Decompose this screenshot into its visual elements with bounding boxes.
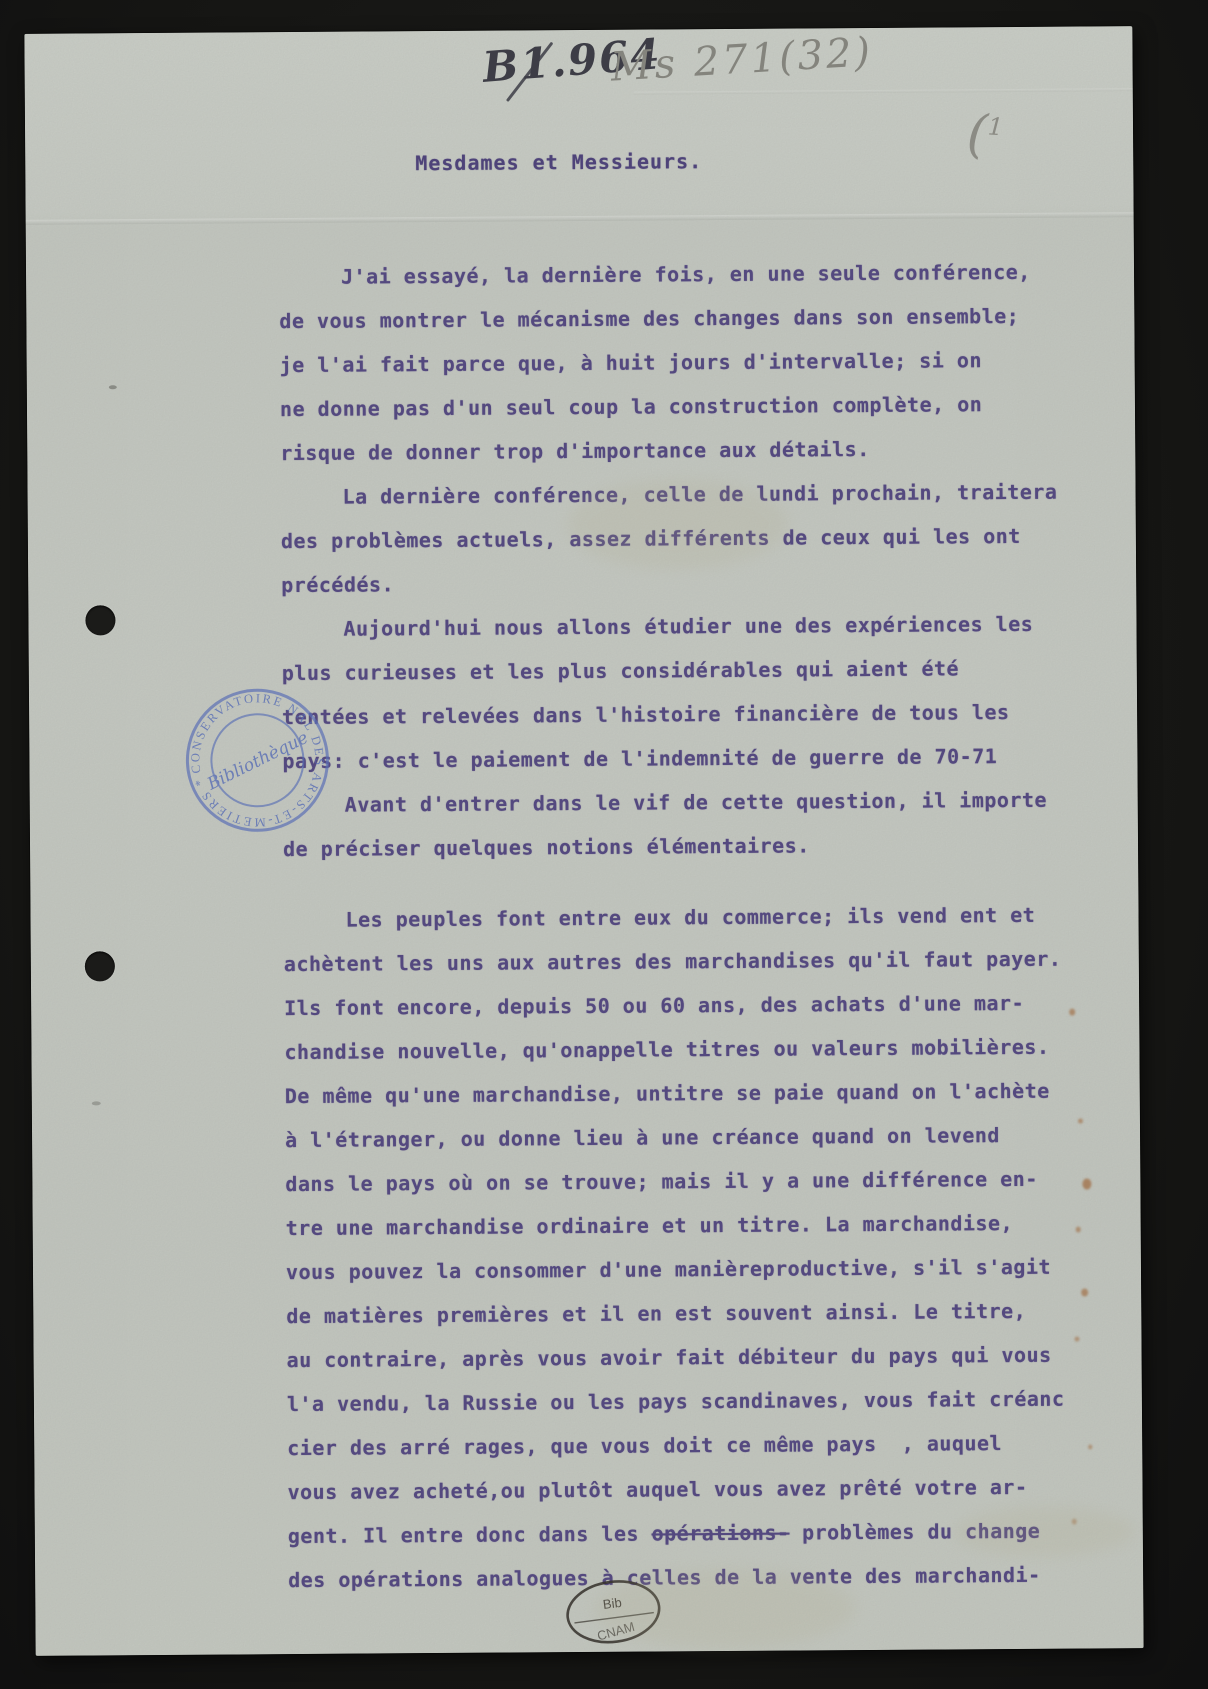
punch-hole-top — [85, 605, 115, 635]
bleedthrough-smudge — [595, 1568, 856, 1650]
typed-line: Ils font encore, depuis 50 ou 60 ans, de… — [284, 990, 1084, 1040]
photograph-background: { "page": { "annotations": { "shelfmark_… — [0, 0, 1208, 1689]
typed-line: de matières premières et il en est souve… — [286, 1298, 1086, 1348]
typed-line: tre une marchandise ordinaire et un titr… — [286, 1210, 1086, 1260]
paper-crease-faint — [634, 88, 1133, 94]
typed-line: Aujourd'hui nous allons étudier une des … — [281, 611, 1081, 661]
foxing-spot — [1081, 1288, 1088, 1296]
typed-line: Les peuples font entre eux du commerce; … — [283, 902, 1083, 952]
page-number-digit: 1 — [987, 112, 1004, 141]
typed-line: précédés. — [281, 567, 1081, 617]
foxing-spot — [1088, 1444, 1092, 1449]
paper-crease — [26, 212, 1134, 225]
typed-line: dans le pays où on se trouve; mais il y … — [285, 1166, 1085, 1216]
typed-line: de préciser quelques notions élémentaire… — [283, 831, 1083, 881]
typed-line: chandise nouvelle, qu'onappelle titres o… — [284, 1034, 1084, 1084]
foxing-spot — [1078, 1119, 1083, 1124]
punch-hole-bottom — [85, 951, 115, 981]
page-number-paren: ( — [965, 104, 989, 165]
margin-speck — [92, 1101, 101, 1105]
typed-line: vous pouvez la consommer d'une manièrepr… — [286, 1254, 1086, 1304]
typed-line: risque de donner trop d'importance aux d… — [280, 435, 1080, 485]
foxing-spot — [1082, 1178, 1091, 1189]
typed-line: achètent les uns aux autres des marchand… — [284, 946, 1084, 996]
typed-line: l'a vendu, la Russie ou les pays scandin… — [287, 1386, 1087, 1436]
manuscript-page: B1.964 Ms 271(32) (1 Mesdames et Messieu… — [24, 26, 1143, 1656]
typed-line: à l'étranger, ou donne lieu à une créanc… — [285, 1122, 1085, 1172]
typed-line: ne donne pas d'un seul coup la construct… — [280, 391, 1080, 441]
typed-text: J'ai essayé, la dernière fois, en une se… — [279, 259, 1088, 1612]
typed-line: tentées et relevées dans l'histoire fina… — [282, 699, 1082, 749]
typed-line: Avant d'entrer dans le vif de cette ques… — [283, 787, 1083, 837]
typed-line: vous avez acheté,ou plutôt auquel vous a… — [287, 1474, 1087, 1524]
foxing-spot — [1069, 1009, 1075, 1016]
typed-line: cier des arré rages, que vous doit ce mê… — [287, 1430, 1087, 1480]
typed-line: pays: c'est le paiement de l'indemnité d… — [282, 743, 1082, 793]
foxing-spot — [1074, 1337, 1079, 1342]
bleedthrough-smudge — [955, 1506, 1135, 1557]
typed-line: plus curieuses et les plus considérables… — [282, 655, 1082, 705]
page-number-annotation: (1 — [965, 104, 1004, 166]
salutation-line: Mesdames et Messieurs. — [415, 149, 702, 175]
typed-line: J'ai essayé, la dernière fois, en une se… — [279, 259, 1079, 309]
margin-speck — [109, 385, 117, 389]
foxing-spot — [1076, 1227, 1081, 1233]
typed-line: au contraire, après vous avoir fait débi… — [287, 1342, 1087, 1392]
typed-line: je l'ai fait parce que, à huit jours d'i… — [280, 347, 1080, 397]
typed-line: De même qu'une marchandise, untitre se p… — [285, 1078, 1085, 1128]
typed-line: de vous montrer le mécanisme des changes… — [279, 303, 1079, 353]
